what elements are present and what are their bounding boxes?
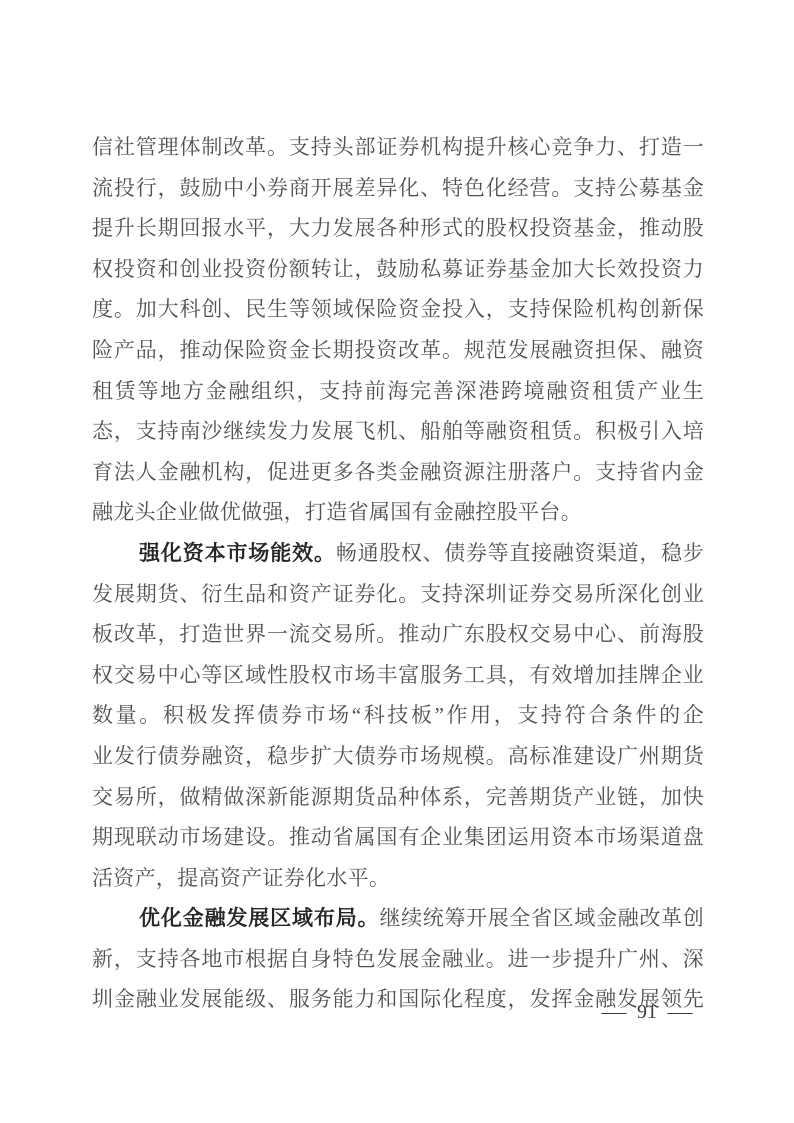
- page-text: 信社管理体制改革。支持头部证券机构提升核心竞争力、打造一 流投行，鼓励中小券商开…: [92, 127, 704, 1020]
- text-line: 强化资本市场能效。畅通股权、债券等直接融资渠道，稳步: [92, 533, 704, 574]
- text-line: 优化金融发展区域布局。继续统筹开展全省区域金融改革创: [92, 898, 704, 939]
- line-text: 继续统筹开展全省区域金融改革创: [379, 906, 704, 930]
- text-line: 新，支持各地市根据自身特色发展金融业。进一步提升广州、深: [92, 939, 704, 980]
- footer-dash-right: —: [668, 1001, 693, 1024]
- text-line: 险产品，推动保险资金长期投资改革。规范发展融资担保、融资: [92, 330, 704, 371]
- page-number: 91: [637, 1001, 657, 1024]
- document-page: 信社管理体制改革。支持头部证券机构提升核心竞争力、打造一 流投行，鼓励中小券商开…: [0, 0, 794, 1123]
- text-line: 交易所，做精做深新能源期货品种体系，完善期货产业链，加快: [92, 777, 704, 818]
- text-line: 态，支持南沙继续发力发展飞机、船舶等融资租赁。积极引入培: [92, 411, 704, 452]
- text-line: 信社管理体制改革。支持头部证券机构提升核心竞争力、打造一: [92, 127, 704, 168]
- text-line: 融龙头企业做优做强，打造省属国有金融控股平台。: [92, 492, 704, 533]
- text-line: 数量。积极发挥债券市场“科技板”作用，支持符合条件的企: [92, 695, 704, 736]
- text-line: 度。加大科创、民生等领域保险资金投入，支持保险机构创新保: [92, 289, 704, 330]
- text-line: 流投行，鼓励中小券商开展差异化、特色化经营。支持公募基金: [92, 168, 704, 209]
- text-line: 业发行债券融资，稳步扩大债券市场规模。高标准建设广州期货: [92, 736, 704, 777]
- text-line: 发展期货、衍生品和资产证券化。支持深圳证券交易所深化创业: [92, 574, 704, 615]
- text-line: 活资产，提高资产证券化水平。: [92, 858, 704, 899]
- text-line: 提升长期回报水平，大力发展各种形式的股权投资基金，推动股: [92, 208, 704, 249]
- paragraph-heading: 优化金融发展区域布局。: [139, 907, 379, 930]
- line-text: 畅通股权、债券等直接融资渠道，稳步: [336, 541, 704, 565]
- text-line: 育法人金融机构，促进更多各类金融资源注册落户。支持省内金: [92, 452, 704, 493]
- footer-dash-left: —: [602, 1001, 627, 1024]
- text-line: 期现联动市场建设。推动省属国有企业集团运用资本市场渠道盘: [92, 817, 704, 858]
- paragraph-heading: 强化资本市场能效。: [139, 542, 336, 565]
- text-line: 权投资和创业投资份额转让，鼓励私募证券基金加大长效投资力: [92, 249, 704, 290]
- text-line: 租赁等地方金融组织，支持前海完善深港跨境融资租赁产业生: [92, 371, 704, 412]
- text-line: 板改革，打造世界一流交易所。推动广东股权交易中心、前海股: [92, 614, 704, 655]
- page-footer: — 91 —: [604, 1001, 690, 1024]
- text-line: 权交易中心等区域性股权市场丰富服务工具，有效增加挂牌企业: [92, 655, 704, 696]
